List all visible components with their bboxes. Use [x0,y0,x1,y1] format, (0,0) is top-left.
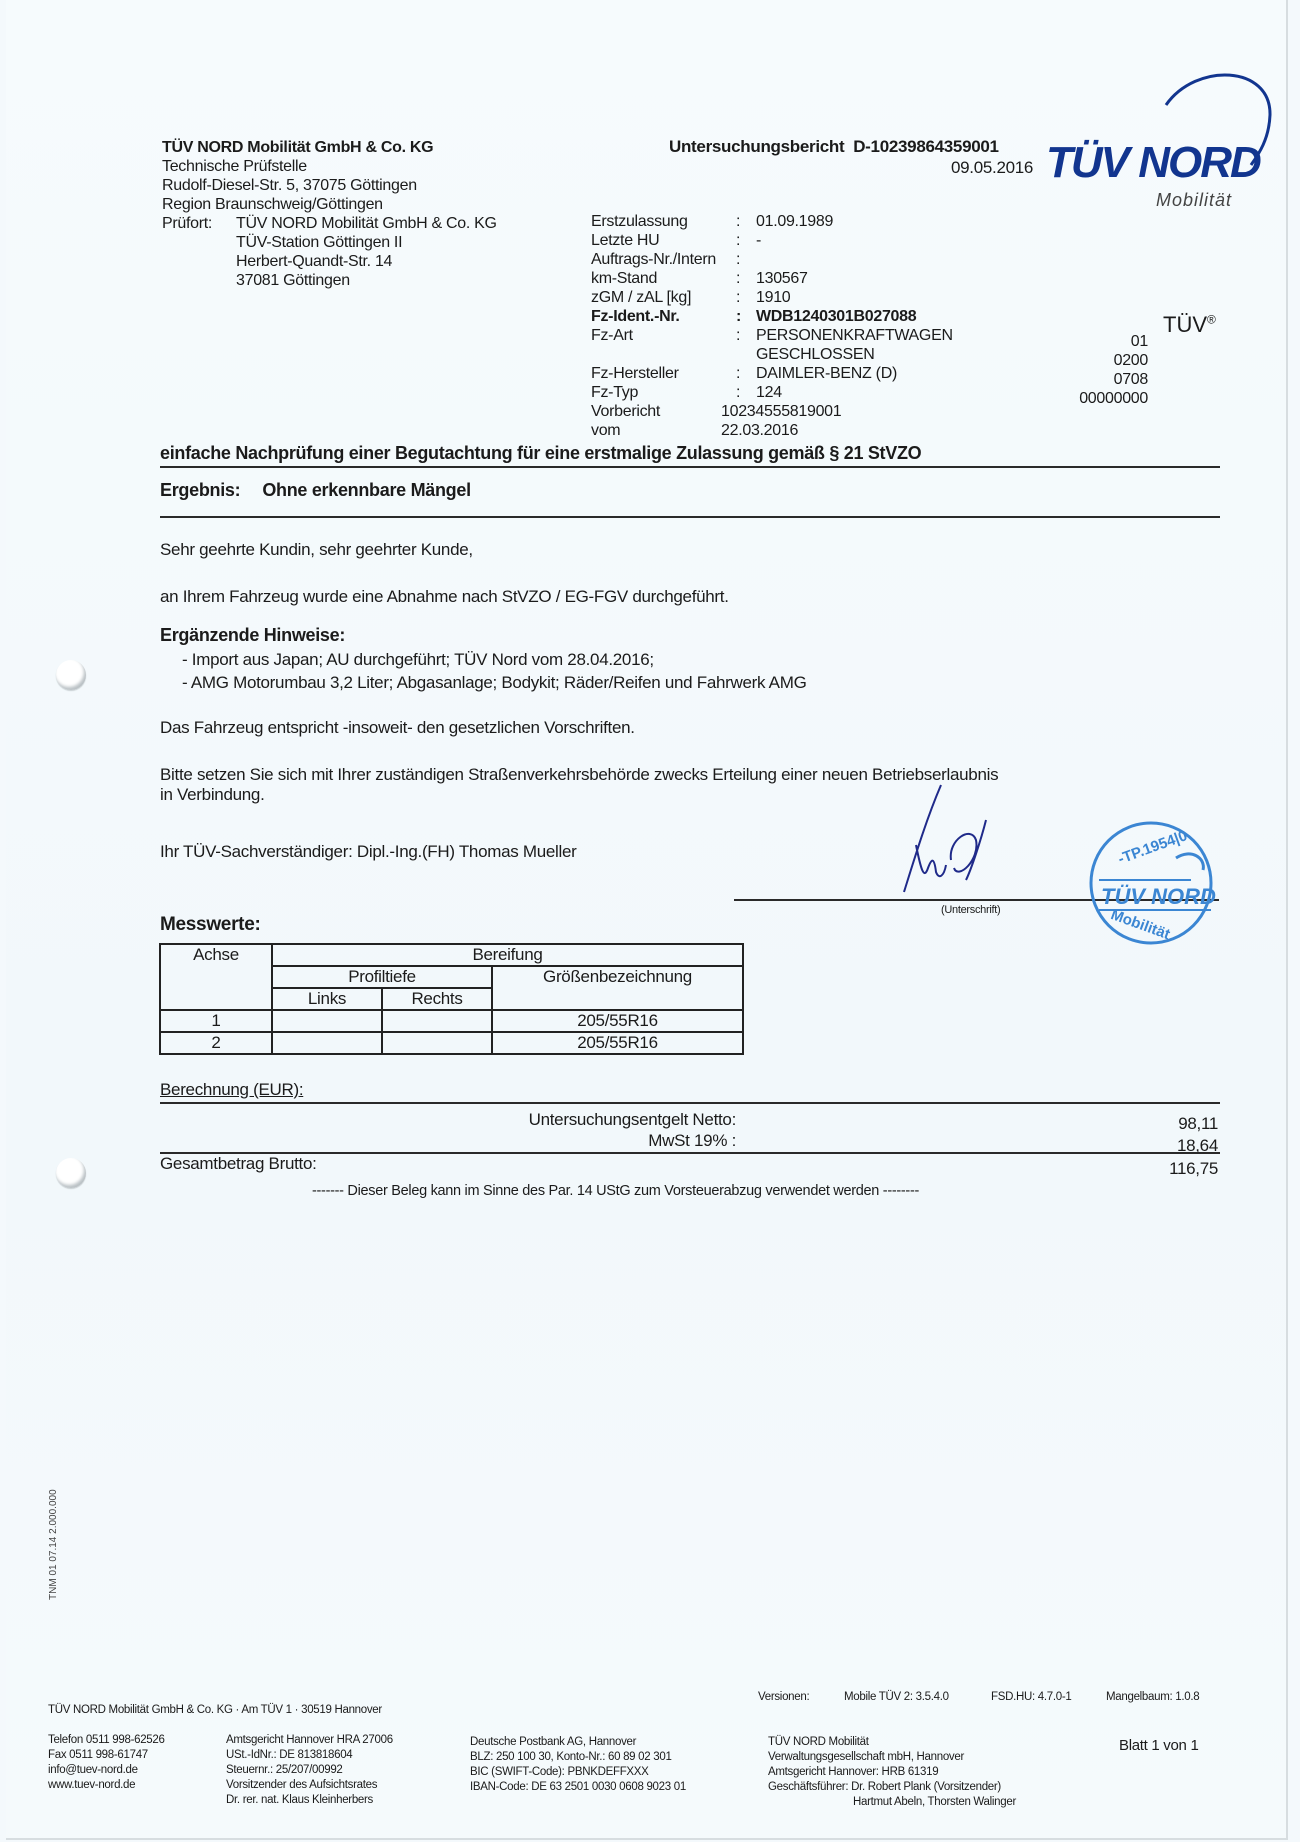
vehicle-value: GESCHLOSSEN [756,345,875,364]
version-item: Mangelbaum: 1.0.8 [1106,1690,1199,1705]
pruefort-value: TÜV NORD Mobilität GmbH & Co. KG [236,215,497,232]
result-value: Ohne erkennbare Mängel [262,480,470,500]
salutation: Sehr geehrte Kundin, sehr geehrter Kunde… [160,540,473,560]
footer-line: Dr. rer. nat. Klaus Kleinherbers [226,1793,393,1808]
divider [160,1152,1220,1154]
svg-text:TÜV NORD: TÜV NORD [1101,884,1216,909]
vehicle-value: - [756,231,761,250]
vehicle-key: Vorbericht [591,402,721,421]
footer-line: BLZ: 250 100 30, Konto-Nr.: 60 89 02 301 [470,1750,686,1765]
page-number: Blatt 1 von 1 [1119,1737,1199,1754]
vehicle-value: 01.09.1989 [756,212,833,231]
header-left: Links [272,988,382,1010]
measurements-table: Achse Bereifung Profiltiefe Größenbezeic… [159,943,744,1055]
issuer-line: Technische Prüfstelle [162,157,497,176]
vehicle-value: 10234555819001 [721,402,841,421]
vehicle-key: Letzte HU [591,231,736,250]
punch-hole [56,1158,86,1188]
footer-contact: Telefon 0511 998-62526Fax 0511 998-61747… [48,1733,165,1793]
vehicle-row: Fz-Ident.-Nr.:WDB1240301B027088 [591,307,953,326]
vehicle-row: Auftrags-Nr./Intern: [591,250,953,269]
vehicle-key: km-Stand [591,269,736,288]
footer-line: www.tuev-nord.de [48,1778,165,1793]
tuv-nord-logo: TÜV NORD Mobilität [1046,70,1266,220]
pruefort-label: Prüfort: [162,214,236,233]
footer-line: Vorsitzender des Aufsichtsrates [226,1778,393,1793]
footer-line: TÜV NORD Mobilität [768,1735,1016,1750]
vehicle-row: vom22.03.2016 [591,421,953,440]
issuer-line: Rudolf-Diesel-Str. 5, 37075 Göttingen [162,176,497,195]
document-page: TÜV NORD Mobilität GmbH & Co. KG Technis… [6,0,1288,1840]
logo-wordmark: TÜV NORD [1046,138,1260,188]
vehicle-key: Fz-Hersteller [591,364,736,383]
vehicle-value: DAIMLER-BENZ (D) [756,364,897,383]
vehicle-code: 00000000 [1056,389,1148,408]
vehicle-sep: : [736,231,756,250]
vehicle-value: 130567 [756,269,808,288]
result-label: Ergebnis: [160,480,240,500]
footer-line: BIC (SWIFT-Code): PBNKDEFFXXX [470,1765,686,1780]
report-date: 09.05.2016 [951,158,1033,178]
footer-line: Telefon 0511 998-62526 [48,1733,165,1748]
vehicle-sep: : [736,269,756,288]
vehicle-value: WDB1240301B027088 [756,307,916,326]
signature-icon [876,780,1016,900]
tuv-trademark: TÜV® [1163,312,1216,338]
footer-line: USt.-IdNr.: DE 813818604 [226,1748,393,1763]
table-row: 1 205/55R16 [160,1010,743,1032]
footer-bank: Deutsche Postbank AG, HannoverBLZ: 250 1… [470,1735,686,1795]
gross-label: Gesamtbetrag Brutto: [160,1154,317,1174]
header-axle: Achse [160,944,272,1010]
logo-subtitle: Mobilität [1156,190,1232,211]
cell-left [272,1010,382,1032]
svg-text:-TP.1954|0: -TP.1954|0 [1116,827,1190,868]
footer-line: Amtsgericht Hannover HRA 27006 [226,1733,393,1748]
vehicle-row: Fz-Typ:124 [591,383,953,402]
vehicle-data: Erstzulassung:01.09.1989Letzte HU:-Auftr… [591,212,953,440]
gross-value: 116,75 [1098,1159,1218,1179]
report-title: Untersuchungsbericht D-10239864359001 [669,137,999,157]
footer-line: Amtsgericht Hannover: HRB 61319 [768,1765,1016,1780]
hint-item: - AMG Motorumbau 3,2 Liter; Abgasanlage;… [182,673,807,693]
stamp-seal-icon: -TP.1954|0 TÜV NORD Mobilität [1081,808,1231,958]
request-text: in Verbindung. [160,785,265,805]
vehicle-key: zGM / zAL [kg] [591,288,736,307]
footer-management: TÜV NORD MobilitätVerwaltungsgesellschaf… [768,1735,1016,1810]
tuv-mark: TÜV [1163,312,1207,337]
issuer-address: TÜV NORD Mobilität GmbH & Co. KG Technis… [162,138,497,290]
footer-registry: Amtsgericht Hannover HRA 27006USt.-IdNr.… [226,1733,393,1808]
cell-right [382,1010,492,1032]
divider [160,1102,1220,1104]
cell-size: 205/55R16 [492,1032,743,1054]
vehicle-sep: : [736,250,756,269]
cell-right [382,1032,492,1054]
cell-axle: 1 [160,1010,272,1032]
pruefort-value: TÜV-Station Göttingen II [162,233,497,252]
vehicle-sep: : [736,383,756,402]
footer-line: Hartmut Abeln, Thorsten Walinger [768,1795,1016,1810]
calculation-title: Berechnung (EUR): [160,1080,303,1100]
vehicle-row: km-Stand:130567 [591,269,953,288]
signature-caption: (Unterschrift) [941,904,1000,916]
vehicle-sep: : [736,212,756,231]
vehicle-value: 124 [756,383,782,402]
expert-name: Ihr TÜV-Sachverständiger: Dipl.-Ing.(FH)… [160,842,577,862]
pruefort-value: Herbert-Quandt-Str. 14 [162,252,497,271]
vehicle-key: Fz-Typ [591,383,736,402]
result-line: Ergebnis:Ohne erkennbare Mängel [160,480,471,501]
hints-title: Ergänzende Hinweise: [160,625,345,646]
vehicle-row: Fz-Hersteller:DAIMLER-BENZ (D) [591,364,953,383]
vehicle-code: 0708 [1056,370,1148,389]
vehicle-value: 22.03.2016 [721,421,798,440]
vat-label: MwSt 19% : [648,1131,736,1151]
divider [160,516,1220,518]
version-item: FSD.HU: 4.7.0-1 [991,1690,1072,1705]
vehicle-code: 0200 [1056,351,1148,370]
versions-label: Versionen: [758,1690,809,1705]
net-value: 98,11 [1098,1114,1218,1134]
vehicle-sep: : [736,326,756,345]
vehicle-key: Fz-Art [591,326,736,345]
cell-axle: 2 [160,1032,272,1054]
header-size: Größenbezeichnung [492,966,743,1010]
footer-address: TÜV NORD Mobilität GmbH & Co. KG · Am TÜ… [48,1703,382,1718]
vehicle-sep: : [736,364,756,383]
vehicle-row: Letzte HU:- [591,231,953,250]
version-item: Mobile TÜV 2: 3.5.4.0 [844,1690,949,1705]
vehicle-row: zGM / zAL [kg]:1910 [591,288,953,307]
vehicle-key: Fz-Ident.-Nr. [591,307,736,326]
registered-mark: ® [1207,313,1216,327]
vehicle-code: 01 [1056,332,1148,351]
vehicle-codes: 010200070800000000 [1056,332,1148,408]
footer-line: Deutsche Postbank AG, Hannover [470,1735,686,1750]
footer-line: IBAN-Code: DE 63 2501 0030 0608 9023 01 [470,1780,686,1795]
conformity-text: Das Fahrzeug entspricht -insoweit- den g… [160,718,635,738]
vehicle-value: 1910 [756,288,790,307]
vehicle-key: Erstzulassung [591,212,736,231]
vehicle-row: Fz-Art:PERSONENKRAFTWAGEN [591,326,953,345]
table-row: 2 205/55R16 [160,1032,743,1054]
header-tyres: Bereifung [272,944,743,966]
vehicle-key [591,345,736,364]
punch-hole [56,660,86,690]
footer-line: info@tuev-nord.de [48,1763,165,1778]
svg-text:Mobilität: Mobilität [1108,906,1172,943]
inspection-subject: einfache Nachprüfung einer Begutachtung … [160,443,921,464]
header-tread: Profiltiefe [272,966,492,988]
issuer-name: TÜV NORD Mobilität GmbH & Co. KG [162,138,497,157]
intro-text: an Ihrem Fahrzeug wurde eine Abnahme nac… [160,587,729,607]
official-stamp: -TP.1954|0 TÜV NORD Mobilität [1081,808,1231,958]
cell-left [272,1032,382,1054]
vehicle-key: vom [591,421,721,440]
cell-size: 205/55R16 [492,1010,743,1032]
tax-note: ------- Dieser Beleg kann im Sinne des P… [312,1183,919,1199]
vehicle-value: PERSONENKRAFTWAGEN [756,326,953,345]
pruefort-value: 37081 Göttingen [162,271,497,290]
header-right: Rechts [382,988,492,1010]
footer-line: Steuernr.: 25/207/00992 [226,1763,393,1778]
footer-line: Fax 0511 998-61747 [48,1748,165,1763]
footer-line: Geschäftsführer: Dr. Robert Plank (Vorsi… [768,1780,1016,1795]
form-code: TNM 01 07.14 2.000.000 [48,1489,59,1600]
vehicle-row: GESCHLOSSEN [591,345,953,364]
vehicle-row: Erstzulassung:01.09.1989 [591,212,953,231]
vehicle-key: Auftrags-Nr./Intern [591,250,736,269]
divider [160,466,1220,468]
pruefort-line: Prüfort:TÜV NORD Mobilität GmbH & Co. KG [162,214,497,233]
measurements-title: Messwerte: [160,914,261,936]
issuer-line: Region Braunschweig/Göttingen [162,195,497,214]
hint-item: - Import aus Japan; AU durchgeführt; TÜV… [182,650,654,670]
net-label: Untersuchungsentgelt Netto: [529,1110,736,1130]
vehicle-sep: : [736,288,756,307]
vehicle-row: Vorbericht10234555819001 [591,402,953,421]
request-text: Bitte setzen Sie sich mit Ihrer zuständi… [160,765,998,785]
vehicle-sep [736,345,756,364]
footer-line: Verwaltungsgesellschaft mbH, Hannover [768,1750,1016,1765]
vehicle-sep: : [736,307,756,326]
